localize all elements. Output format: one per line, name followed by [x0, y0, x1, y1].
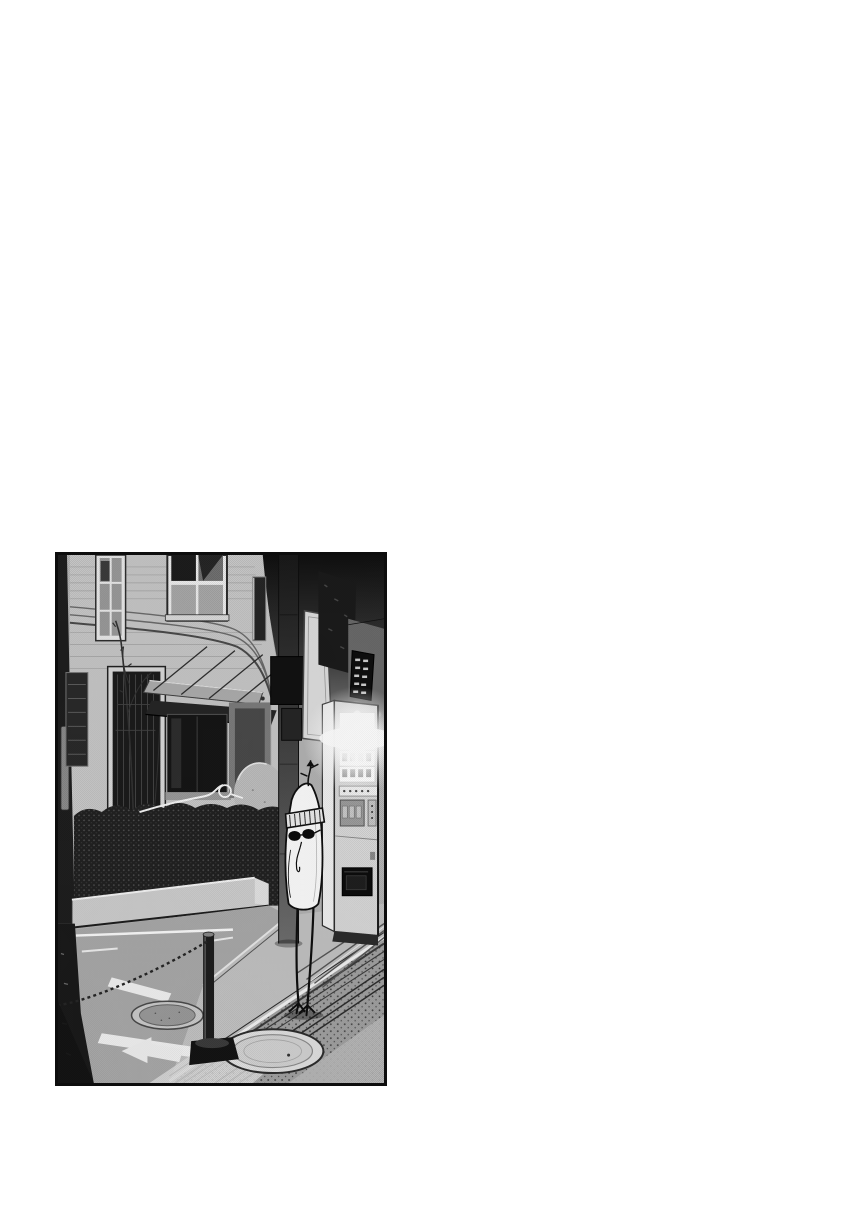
manga-panel [55, 552, 387, 1086]
panel-artwork [58, 555, 384, 1083]
halftone-overlay [58, 555, 384, 1083]
manga-page [0, 0, 852, 1222]
